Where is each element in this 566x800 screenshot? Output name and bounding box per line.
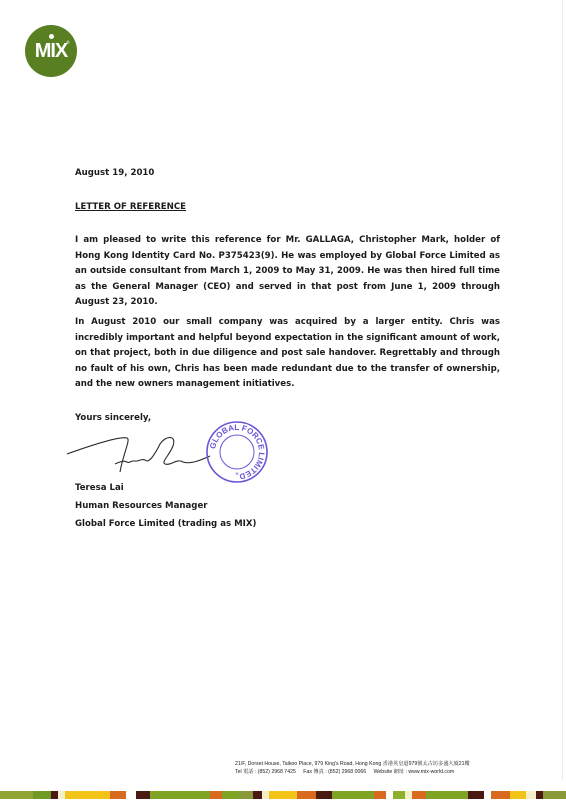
company-stamp: GLOBAL FORCE LIMITED * — [205, 420, 269, 484]
stripe-segment — [262, 791, 269, 799]
stripe-segment — [239, 791, 253, 799]
stripe-segment — [484, 791, 491, 799]
footer-address: 21/F, Dorset House, Taikoo Place, 979 Ki… — [235, 760, 565, 768]
signer-company: Global Force Limited (trading as MIX) — [75, 515, 500, 533]
stripe-segment — [222, 791, 238, 799]
stripe-segment — [58, 791, 65, 799]
letter-heading: LETTER OF REFERENCE — [75, 200, 500, 216]
stripe-segment — [91, 791, 110, 799]
footer-tel: Tel 電話 : (852) 2968 7425 — [235, 769, 296, 775]
stripe-segment — [210, 791, 222, 799]
stripe-segment — [33, 791, 52, 799]
paragraph-1: I am pleased to write this reference for… — [75, 233, 500, 311]
stripe-segment — [316, 791, 323, 799]
stripe-segment — [393, 791, 405, 799]
stripe-segment — [51, 791, 58, 799]
signer-block: Teresa Lai Human Resources Manager Globa… — [75, 479, 500, 533]
paragraph-2: In August 2010 our small company was acq… — [75, 315, 500, 393]
stripe-segment — [126, 791, 135, 799]
stripe-segment — [332, 791, 353, 799]
footer-website: Website 網址 : www.mix-world.com — [374, 769, 455, 775]
stripe-segment — [543, 791, 566, 799]
stripe-segment — [0, 791, 16, 799]
signature — [65, 424, 215, 479]
stripe-segment — [426, 791, 447, 799]
logo-dot — [49, 34, 54, 39]
stripe-segment — [323, 791, 332, 799]
page-edge — [562, 0, 563, 780]
registered-mark: ® — [66, 40, 70, 45]
footer-contact: Tel 電話 : (852) 2968 7425 Fax 傳真 : (852) … — [235, 768, 565, 776]
stamp-mark: * — [235, 471, 239, 479]
stripe-segment — [405, 791, 412, 799]
signer-name: Teresa Lai — [75, 479, 500, 497]
stripe-segment — [447, 791, 468, 799]
stripe-segment — [536, 791, 543, 799]
stripe-segment — [110, 791, 126, 799]
stripe-segment — [171, 791, 192, 799]
stripe-segment — [269, 791, 297, 799]
stripe-segment — [16, 791, 32, 799]
mix-logo: MIX ® — [25, 25, 77, 77]
stripe-segment — [491, 791, 510, 799]
stripe-segment — [386, 791, 393, 799]
stripe-segment — [253, 791, 262, 799]
stripe-segment — [468, 791, 484, 799]
stripe-segment — [510, 791, 526, 799]
stripe-segment — [136, 791, 150, 799]
stripe-segment — [353, 791, 374, 799]
stripe-segment — [192, 791, 211, 799]
stripe-segment — [412, 791, 426, 799]
stripe-segment — [374, 791, 386, 799]
stripe-segment — [150, 791, 171, 799]
stripe-segment — [65, 791, 91, 799]
footer: 21/F, Dorset House, Taikoo Place, 979 Ki… — [235, 760, 565, 776]
color-stripe — [0, 791, 566, 799]
signer-title: Human Resources Manager — [75, 497, 500, 515]
stripe-segment — [526, 791, 535, 799]
letter-date: August 19, 2010 — [75, 166, 500, 182]
stripe-segment — [297, 791, 316, 799]
footer-fax: Fax 傳真 : (852) 2968 0066 — [303, 769, 366, 775]
